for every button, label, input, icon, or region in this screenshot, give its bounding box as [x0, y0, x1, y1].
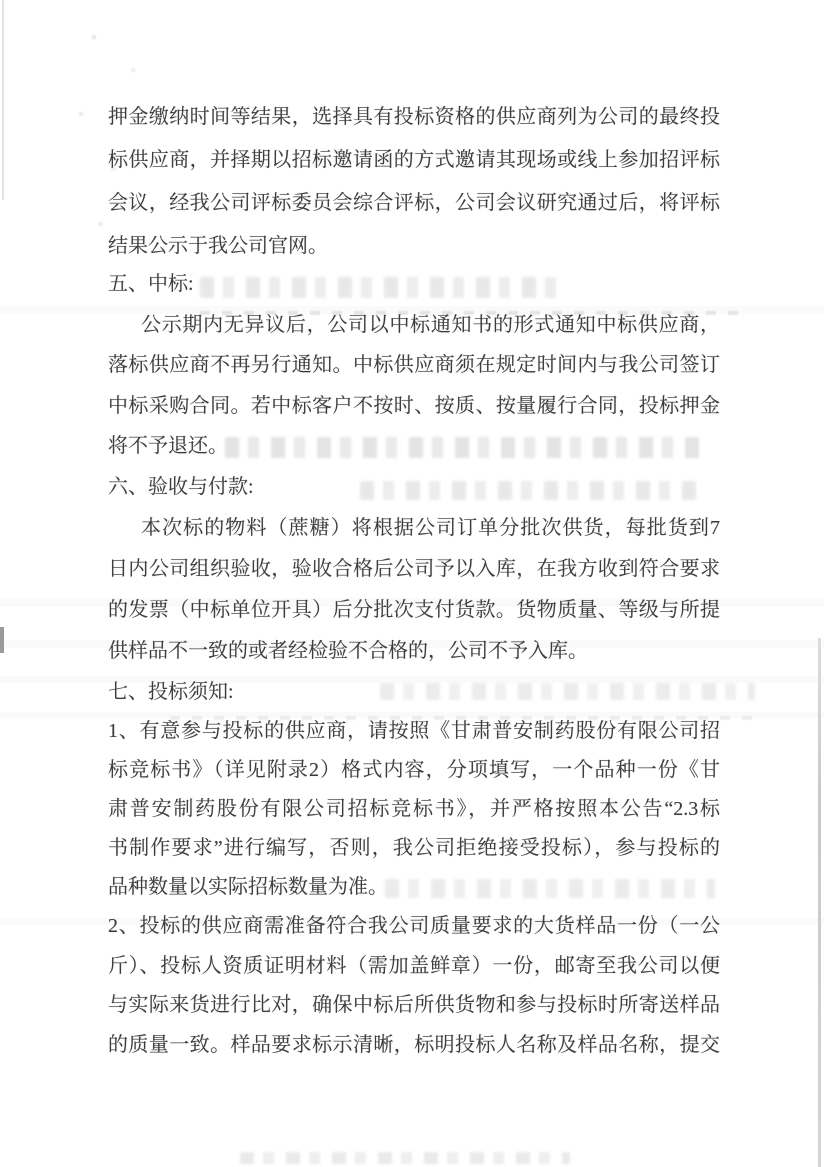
- text-line: 品种数量以实际招标数量为准。: [108, 868, 720, 907]
- text-line: 与实际来货进行比对，确保中标后所供货物和参与投标时所寄送样品: [108, 986, 720, 1026]
- text-line: 押金缴纳时间等结果，选择具有投标资格的供应商列为公司的最终投: [108, 96, 720, 139]
- text-line: 斤）、投标人资质证明材料（需加盖鲜章）一份，邮寄至我公司以便: [108, 947, 720, 987]
- text-line: 标竞标书》（详见附录2）格式内容，分项填写，一个品种一份《甘: [108, 751, 720, 790]
- text-line: 日内公司组织验收，验收合格后公司予以入库，在我方收到符合要求: [108, 549, 720, 590]
- text-line: 本次标的物料（蔗糖）将根据公司订单分批次供货，每批货到7: [108, 508, 720, 549]
- section-6-acceptance-payment: 六、验收与付款:本次标的物料（蔗糖）将根据公司订单分批次供货，每批货到7日内公司…: [108, 467, 720, 672]
- scan-edge-mark: [0, 627, 4, 653]
- scanned-document-page: 押金缴纳时间等结果，选择具有投标资格的供应商列为公司的最终投标供应商，并择期以招…: [0, 0, 824, 1167]
- text-line: 会议，经我公司评标委员会综合评标，公司会议研究通过后，将评标: [108, 182, 720, 225]
- text-line: 的质量一致。样品要求标示清晰，标明投标人名称及样品名称，提交: [108, 1026, 720, 1066]
- scan-bleedthrough: [240, 1152, 570, 1164]
- scan-edge-line: [2, 0, 4, 200]
- section-5-award: 五、中标:公示期内无异议后，公司以中标通知书的形式通知中标供应商，落标供应商不再…: [108, 264, 720, 467]
- text-line: 七、投标须知:: [108, 673, 720, 712]
- text-line: 落标供应商不再另行通知。中标供应商须在规定时间内与我公司签订: [108, 345, 720, 386]
- text-line: 五、中标:: [108, 264, 720, 305]
- text-line: 书制作要求”进行编写，否则，我公司拒绝接受投标），参与投标的: [108, 829, 720, 868]
- text-line: 供样品不一致的或者经检验不合格的，公司不予入库。: [108, 631, 720, 672]
- text-line: 1、有意参与投标的供应商，请按照《甘肃普安制药股份有限公司招: [108, 712, 720, 751]
- text-line: 中标采购合同。若中标客户不按时、按质、按量履行合同，投标押金: [108, 386, 720, 427]
- text-line: 肃普安制药股份有限公司招标竞标书》，并严格按照本公告“2.3标: [108, 790, 720, 829]
- text-line: 公示期内无异议后，公司以中标通知书的形式通知中标供应商，: [108, 305, 720, 346]
- paragraph-evaluation-continuation: 押金缴纳时间等结果，选择具有投标资格的供应商列为公司的最终投标供应商，并择期以招…: [108, 96, 720, 268]
- text-line: 结果公示于我公司官网。: [108, 225, 720, 268]
- text-line: 标供应商，并择期以招标邀请函的方式邀请其现场或线上参加招评标: [108, 139, 720, 182]
- text-line: 将不予退还。: [108, 426, 720, 467]
- text-line: 2、投标的供应商需准备符合我公司质量要求的大货样品一份（一公: [108, 907, 720, 947]
- text-line: 六、验收与付款:: [108, 467, 720, 508]
- text-line: 的发票（中标单位开具）后分批次支付货款。货物质量、等级与所提: [108, 590, 720, 631]
- scan-edge-line: [818, 638, 821, 1167]
- paragraph-item-2-samples: 2、投标的供应商需准备符合我公司质量要求的大货样品一份（一公斤）、投标人资质证明…: [108, 907, 720, 1065]
- section-7-bidding-notes: 七、投标须知:1、有意参与投标的供应商，请按照《甘肃普安制药股份有限公司招标竞标…: [108, 673, 720, 907]
